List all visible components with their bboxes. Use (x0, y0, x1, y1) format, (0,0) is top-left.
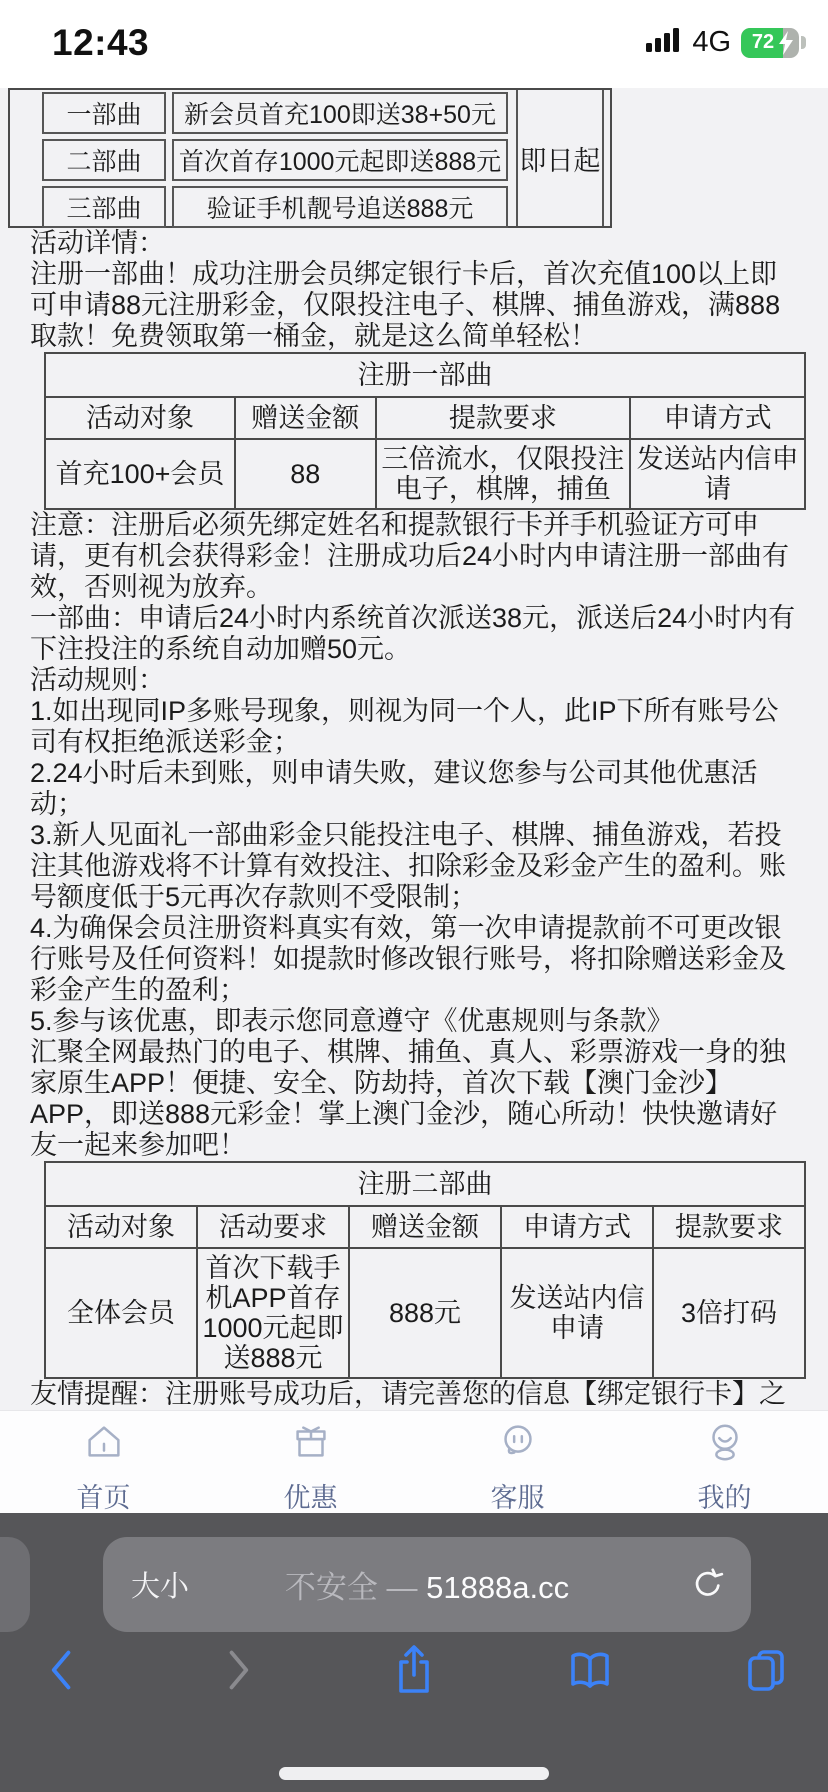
adjacent-tab-fragment[interactable] (0, 1537, 30, 1632)
data-cell: 3倍打码 (653, 1248, 805, 1378)
safari-bottom-chrome: 大小 不安全 — 51888a.cc (0, 1513, 828, 1792)
tabs-button[interactable] (742, 1641, 790, 1699)
rule-item: 3.新人见面礼一部曲彩金只能投注电子、棋牌、捕鱼游戏，若投注其他游戏将不计算有效… (0, 820, 828, 913)
rules-label: 活动规则： (0, 665, 828, 696)
header-cell: 活动要求 (197, 1206, 349, 1248)
table-row: 一部曲 新会员首充100即送38+50元 (42, 92, 508, 134)
intro-paragraph: 注册一部曲！成功注册会员绑定银行卡后，首次充值100以上即可申请88元注册彩金，… (0, 259, 828, 352)
step-cell: 一部曲 (42, 92, 166, 134)
details-label: 活动详情： (0, 228, 828, 259)
tab-item-home[interactable]: 首页 (0, 1411, 207, 1513)
back-button[interactable] (38, 1641, 86, 1699)
header-cell: 提款要求 (653, 1206, 805, 1248)
tab-item-profile[interactable]: 我的 (621, 1411, 828, 1513)
customer-service-icon (495, 1419, 541, 1470)
header-cell: 申请方式 (630, 397, 805, 439)
reminder-paragraph: 友情提醒：注册账号成功后，请完善您的信息【绑定银行卡】之后首次充值1000元起，… (0, 1379, 828, 1410)
data-cell: 888元 (349, 1248, 501, 1378)
step-desc-cell: 新会员首充100即送38+50元 (172, 92, 508, 134)
table-row: 三部曲 验证手机靓号追送888元 (42, 186, 508, 228)
promo-steps-table: 一部曲 新会员首充100即送38+50元 二部曲 首次首存1000元起即送888… (8, 88, 612, 228)
step1-note-paragraph: 一部曲：申请后24小时内系统首次派送38元，派送后24小时内有下注投注的系统自动… (0, 603, 828, 665)
header-cell: 赠送金额 (349, 1206, 501, 1248)
tab-label: 首页 (77, 1476, 131, 1515)
battery-indicator: 72 (741, 28, 806, 58)
tab-label: 我的 (698, 1476, 752, 1515)
rule-item: 2.24小时后未到账，则申请失败，建议您参与公司其他优惠活动； (0, 758, 828, 820)
data-cell: 发送站内信申请 (630, 439, 805, 509)
header-cell: 赠送金额 (235, 397, 376, 439)
site-tab-bar: 首页 优惠 客服 我的 (0, 1410, 828, 1513)
step-cell: 三部曲 (42, 186, 166, 228)
data-cell: 三倍流水，仅限投注电子，棋牌，捕鱼 (376, 439, 631, 509)
rule-item: 5.参与该优惠，即表示您同意遵守《优惠规则与条款》 (0, 1006, 828, 1037)
table-data-row: 全体会员 首次下载手机APP首存1000元起即送888元 888元 发送站内信申… (45, 1248, 805, 1378)
data-cell: 首次下载手机APP首存1000元起即送888元 (197, 1248, 349, 1378)
rule-item: 1.如出现同IP多账号现象，则视为同一个人，此IP下所有账号公司有权拒绝派送彩金… (0, 696, 828, 758)
table-header-row: 活动对象 活动要求 赠送金额 申请方式 提款要求 (45, 1206, 805, 1248)
step-cell: 二部曲 (42, 139, 166, 181)
header-cell: 提款要求 (376, 397, 631, 439)
data-cell: 发送站内信申请 (501, 1248, 653, 1378)
gift-icon (288, 1419, 334, 1470)
header-cell: 申请方式 (501, 1206, 653, 1248)
address-bar[interactable]: 大小 不安全 — 51888a.cc (103, 1537, 751, 1632)
battery-nub (801, 36, 806, 49)
rule-item: 4.为确保会员注册资料真实有效，第一次申请提款前不可更改银行账号及任何资料！如提… (0, 913, 828, 1006)
status-bar-right: 4G 72 (646, 26, 806, 59)
status-bar: 12:43 4G 72 (0, 0, 828, 88)
table-row: 二部曲 首次首存1000元起即送888元 (42, 139, 508, 181)
register-step1-table: 注册一部曲 活动对象 赠送金额 提款要求 申请方式 首充100+会员 88 三倍… (44, 352, 806, 510)
reload-button[interactable] (689, 1565, 727, 1608)
insecure-label: 不安全 (285, 1570, 378, 1605)
step-desc-cell: 验证手机靓号追送888元 (172, 186, 508, 228)
battery-percent: 72 (743, 28, 783, 58)
home-indicator[interactable] (279, 1767, 549, 1780)
register-step2-table: 注册二部曲 活动对象 活动要求 赠送金额 申请方式 提款要求 全体会员 首次下载… (44, 1161, 806, 1379)
forward-button[interactable] (214, 1641, 262, 1699)
network-type-label: 4G (692, 26, 731, 59)
table-data-row: 首充100+会员 88 三倍流水，仅限投注电子，棋牌，捕鱼 发送站内信申请 (45, 439, 805, 509)
table-title: 注册一部曲 (45, 353, 805, 397)
header-cell: 活动对象 (45, 397, 235, 439)
safari-toolbar (0, 1641, 828, 1699)
iphone-screen: 12:43 4G 72 (0, 0, 828, 1792)
url-separator: — (386, 1570, 417, 1605)
table-header-row: 活动对象 赠送金额 提款要求 申请方式 (45, 397, 805, 439)
tab-label: 优惠 (284, 1476, 338, 1515)
data-cell: 全体会员 (45, 1248, 197, 1378)
table-title: 注册二部曲 (45, 1162, 805, 1206)
home-icon (81, 1419, 127, 1470)
tab-label: 客服 (491, 1476, 545, 1515)
header-cell: 活动对象 (45, 1206, 197, 1248)
share-button[interactable] (390, 1641, 438, 1699)
app-promo-paragraph: 汇聚全网最热门的电子、棋牌、捕鱼、真人、彩票游戏一身的独家原生APP！便捷、安全… (0, 1037, 828, 1161)
effective-date-cell: 即日起 (516, 90, 604, 226)
step-desc-cell: 首次首存1000元起即送888元 (172, 139, 508, 181)
tab-item-support[interactable]: 客服 (414, 1411, 621, 1513)
charging-bolt-icon (778, 31, 794, 58)
battery-icon: 72 (741, 28, 799, 58)
url-display[interactable]: 不安全 — 51888a.cc (103, 1562, 751, 1607)
data-cell: 88 (235, 439, 376, 509)
data-cell: 首充100+会员 (45, 439, 235, 509)
notice-paragraph: 注意：注册后必须先绑定姓名和提款银行卡并手机验证方可申请，更有机会获得彩金！注册… (0, 510, 828, 603)
signal-strength-icon (646, 28, 682, 57)
profile-icon (702, 1419, 748, 1470)
tab-item-promos[interactable]: 优惠 (207, 1411, 414, 1513)
url-host: 51888a.cc (426, 1570, 569, 1605)
bookmarks-button[interactable] (566, 1641, 614, 1699)
clock: 12:43 (52, 22, 149, 64)
web-page-content: 一部曲 新会员首充100即送38+50元 二部曲 首次首存1000元起即送888… (0, 88, 828, 1410)
